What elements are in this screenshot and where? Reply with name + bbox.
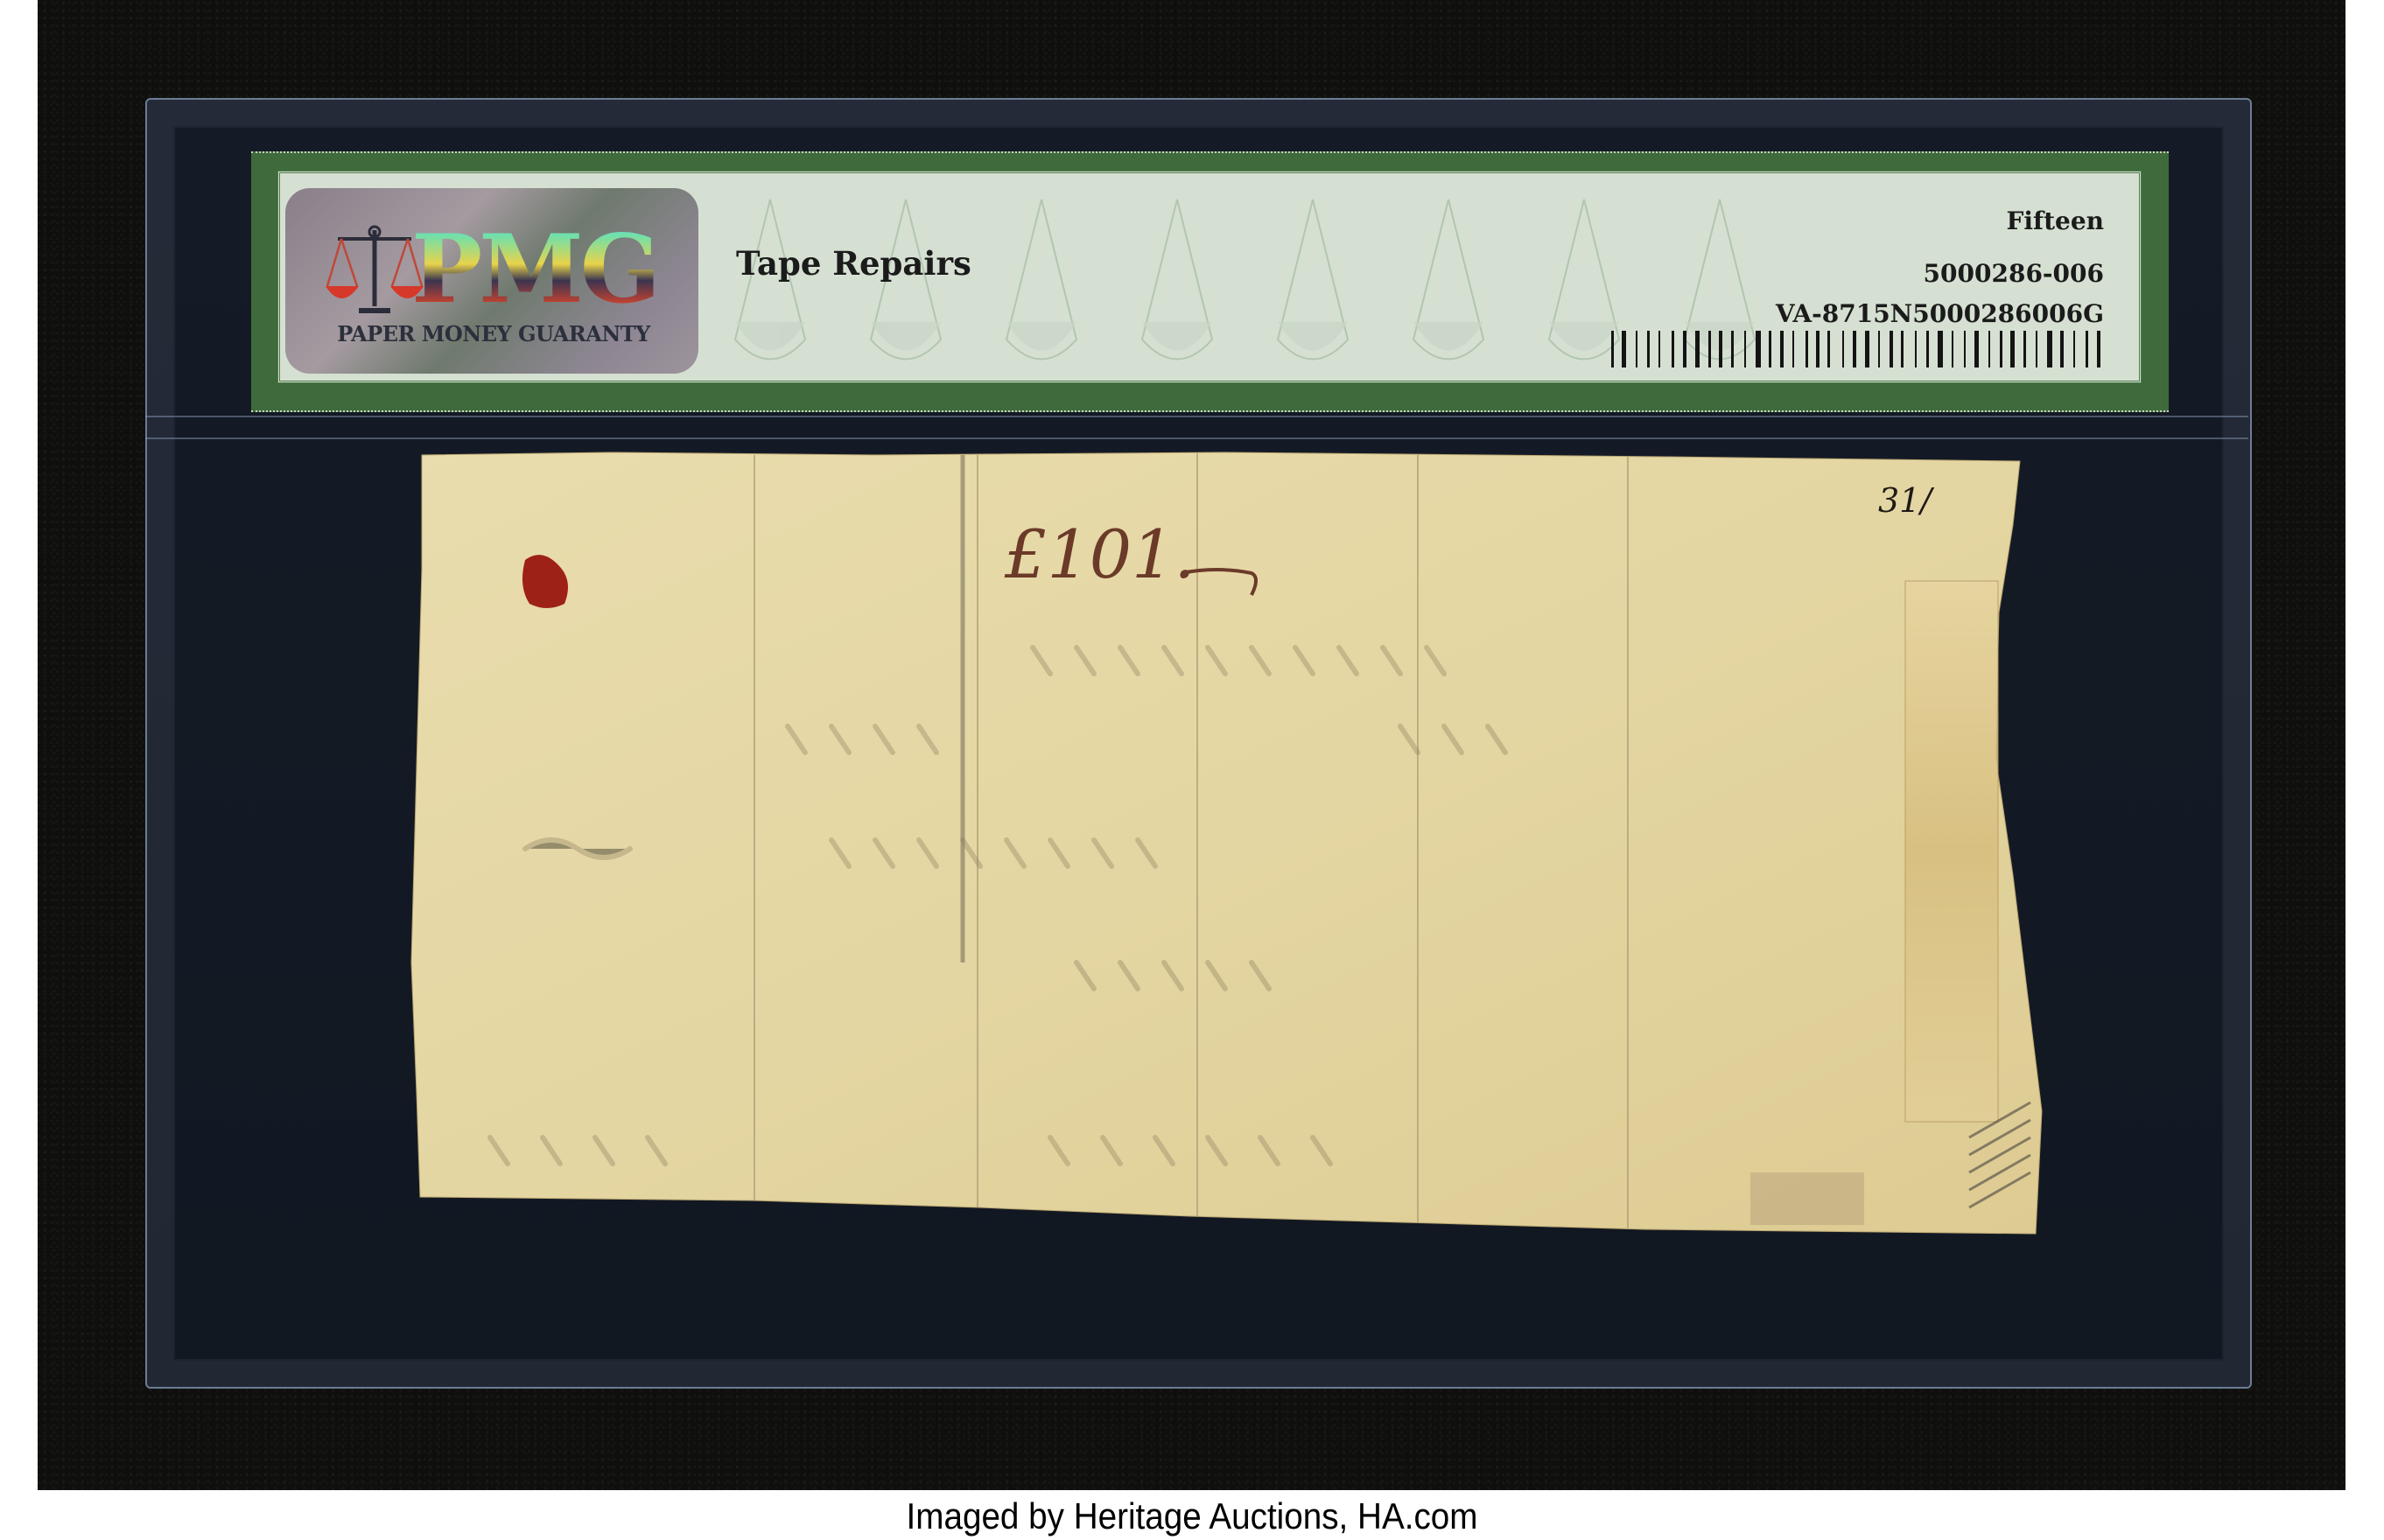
tape-repair-small — [1750, 1172, 1864, 1225]
denomination-marking: £101. — [1004, 515, 1196, 593]
banknote: £101. 31/ — [0, 0, 2384, 1540]
image-credit-caption: Imaged by Heritage Auctions, HA.com — [95, 1493, 2289, 1540]
corner-marking: 31/ — [1878, 481, 1934, 520]
tape-repair — [1905, 581, 1998, 1122]
